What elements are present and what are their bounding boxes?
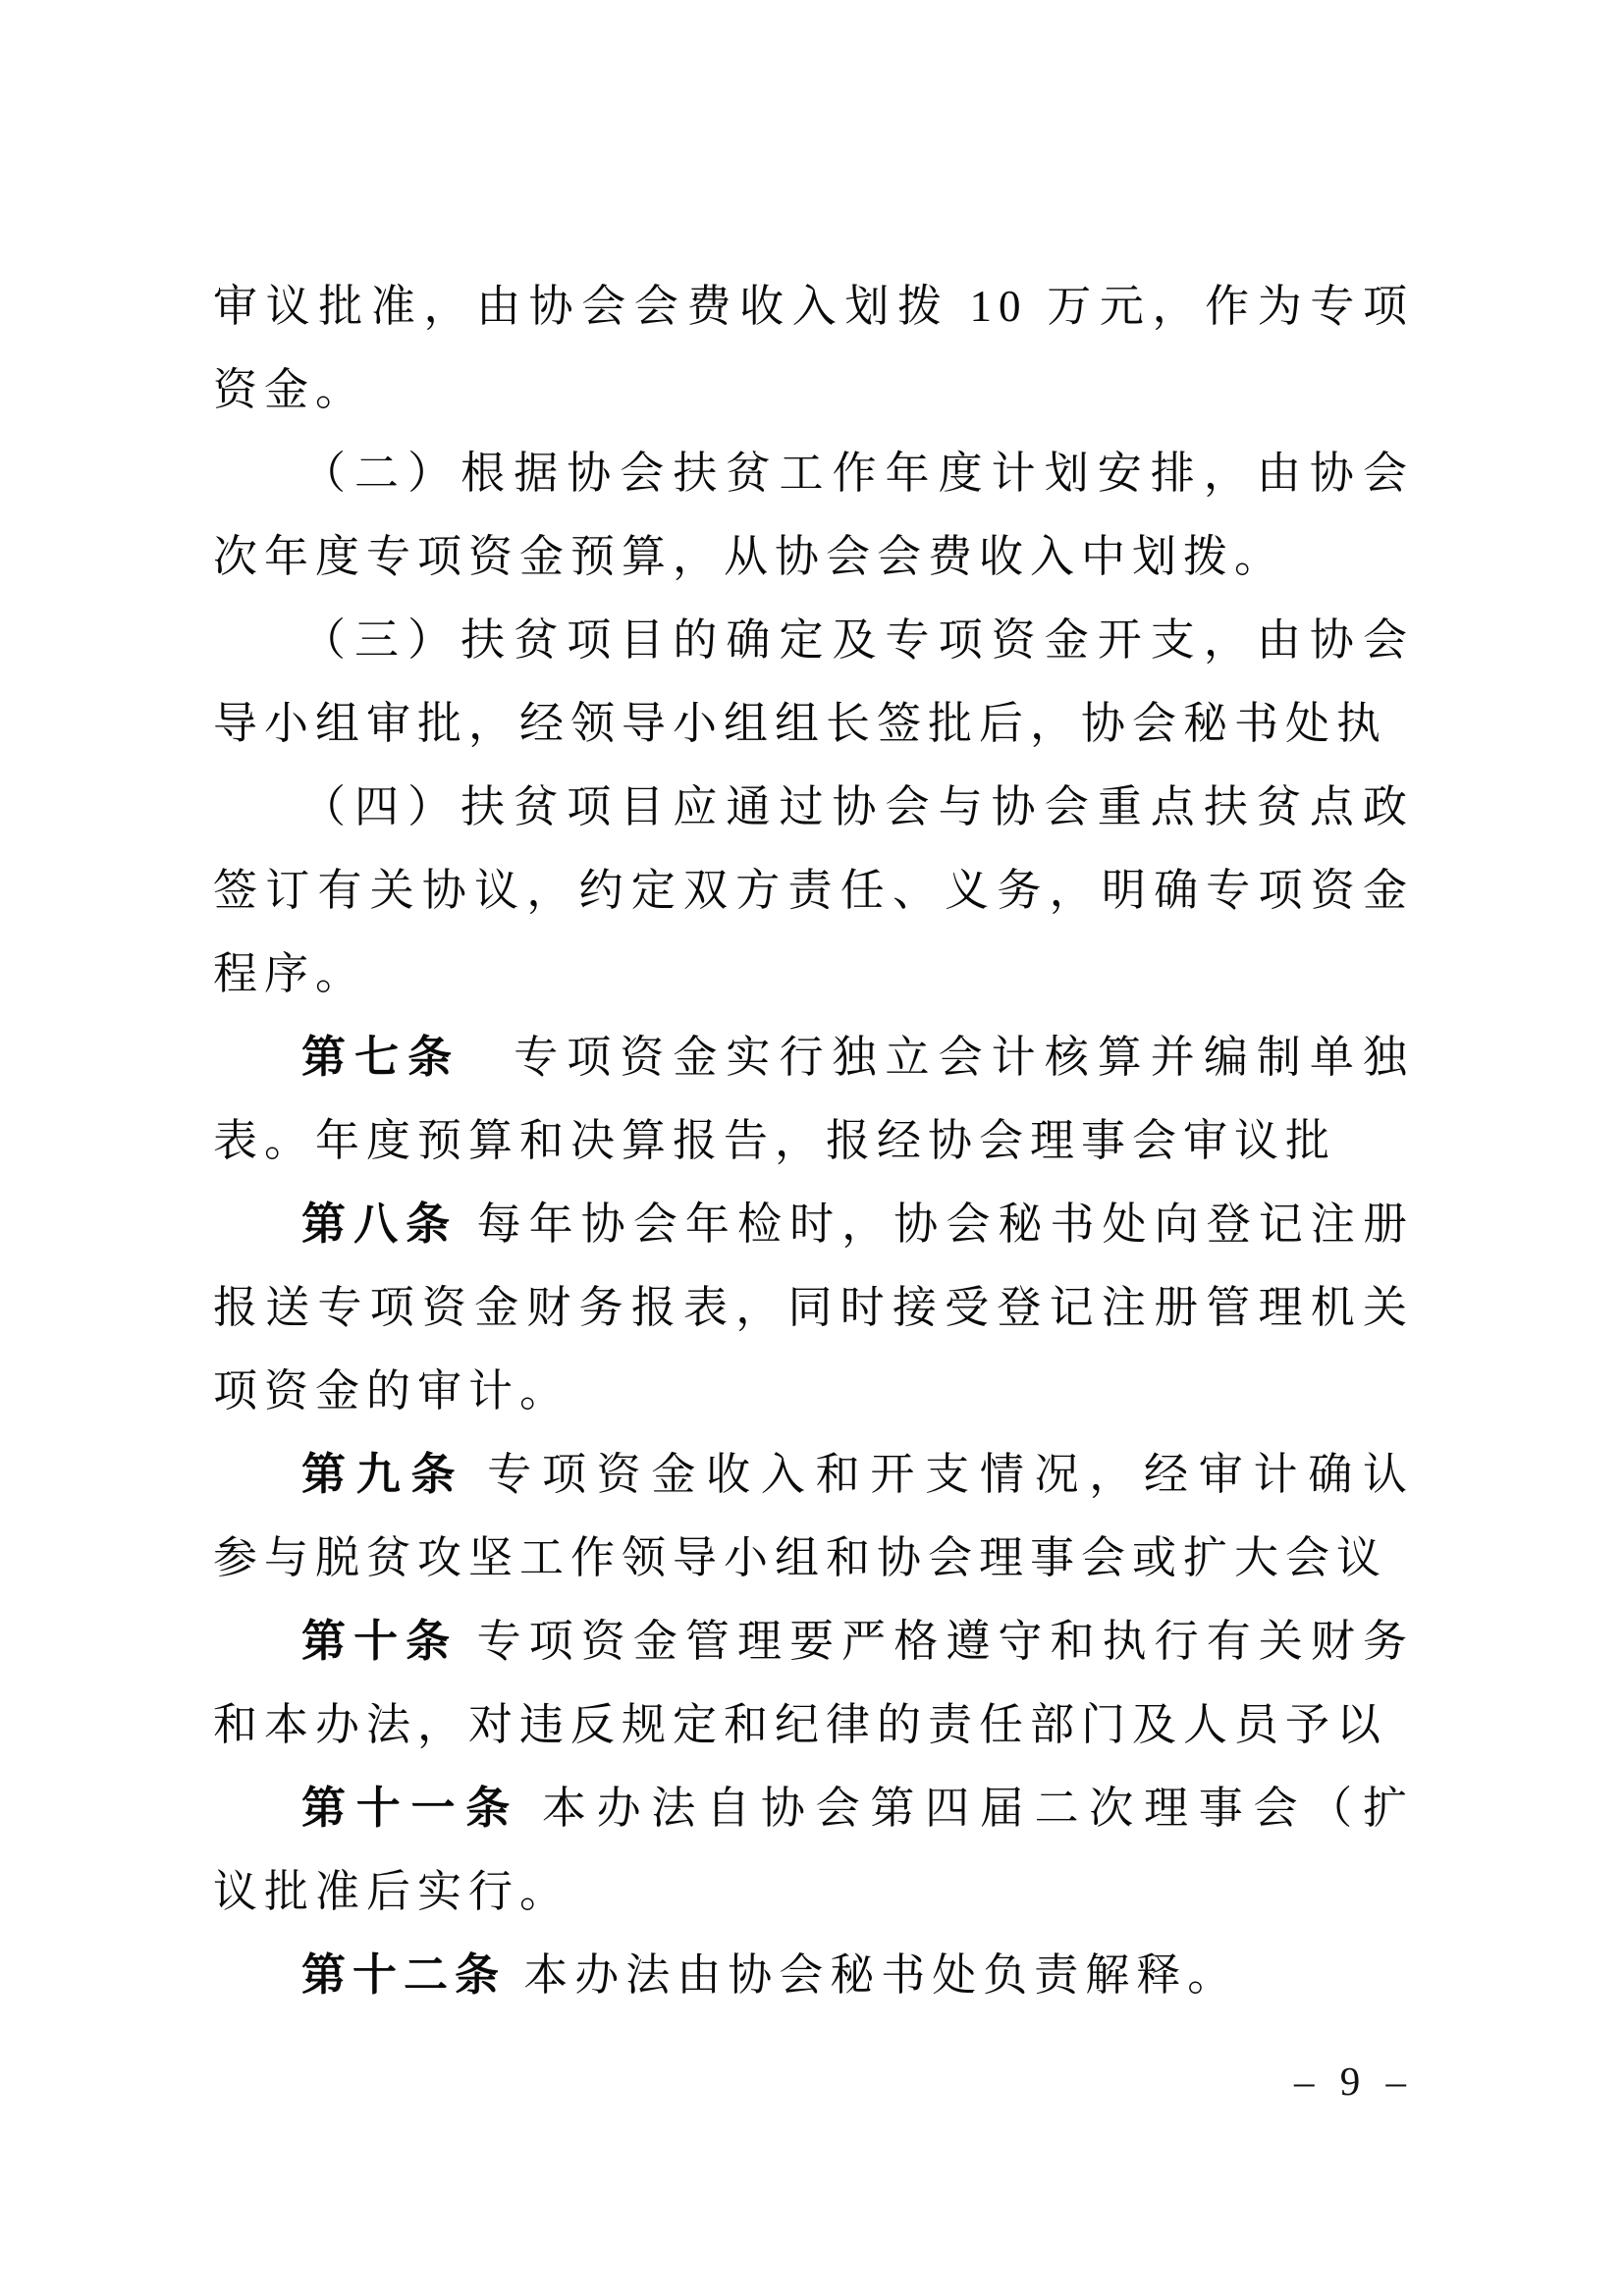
text-line: 第九条 专项资金收入和开支情况，经审计确认后，向协会: [213, 1433, 1414, 1517]
text-line: 审议批准，由协会会费收入划拨 10 万元，作为专项资金的启动: [213, 265, 1414, 348]
paragraph: （二）根据协会扶贫工作年度计划安排，由协会秘书处编制次年度专项资金预算，从协会会…: [213, 432, 1414, 599]
text-line: 导小组审批，经领导小组组长签批后，协会秘书处执行。: [213, 682, 1414, 766]
text-line: 和本办法，对违反规定和纪律的责任部门及人员予以严肃处理。: [213, 1683, 1414, 1767]
clause-number: 第十二条: [301, 1950, 506, 2000]
text-line: 资金。: [213, 348, 1414, 432]
paragraph: 第十一条 本办法自协会第四届二次理事会（扩大）会议审议批准后实行。: [213, 1767, 1414, 1934]
paragraph: 审议批准，由协会会费收入划拨 10 万元，作为专项资金的启动资金。: [213, 265, 1414, 432]
text-line: 参与脱贫攻坚工作领导小组和协会理事会或扩大会议报告。: [213, 1517, 1414, 1600]
clause-number: 第七条: [301, 1033, 460, 1082]
paragraph: 第八条 每年协会年检时，协会秘书处向登记注册管理机关报送专项资金财务报表，同时接…: [213, 1183, 1414, 1433]
text-line: 第七条 专项资金实行独立会计核算并编制单独的财务报: [213, 1016, 1414, 1099]
clause-number: 第十条: [301, 1617, 458, 1666]
document-body: 审议批准，由协会会费收入划拨 10 万元，作为专项资金的启动资金。（二）根据协会…: [213, 265, 1414, 2017]
text-line: 报送专项资金财务报表，同时接受登记注册管理机关组织的对专: [213, 1266, 1414, 1350]
text-line: 第十条 专项资金管理要严格遵守和执行有关财务管理制度: [213, 1600, 1414, 1683]
text-line: 第十二条 本办法由协会秘书处负责解释。: [213, 1934, 1414, 2017]
paragraph: 第十二条 本办法由协会秘书处负责解释。: [213, 1934, 1414, 2017]
text-line: 项资金的审计。: [213, 1350, 1414, 1433]
text-line: （三）扶贫项目的确定及专项资金开支，由协会扶贫工作领: [213, 599, 1414, 682]
clause-number: 第九条: [301, 1450, 465, 1499]
clause-number: 第十一条: [301, 1784, 520, 1833]
paragraph: 第十条 专项资金管理要严格遵守和执行有关财务管理制度和本办法，对违反规定和纪律的…: [213, 1600, 1414, 1767]
page-number: – 9 –: [1294, 2057, 1414, 2105]
text-line: 程序。: [213, 933, 1414, 1016]
text-line: （四）扶贫项目应通过协会与协会重点扶贫点政府主管部门: [213, 766, 1414, 849]
paragraph: （三）扶贫项目的确定及专项资金开支，由协会扶贫工作领导小组审批，经领导小组组长签…: [213, 599, 1414, 766]
text-line: 第十一条 本办法自协会第四届二次理事会（扩大）会议审: [213, 1767, 1414, 1850]
text-line: 表。年度预算和决算报告，报经协会理事会审议批准。: [213, 1099, 1414, 1183]
clause-number: 第八条: [301, 1200, 458, 1249]
document-page: 审议批准，由协会会费收入划拨 10 万元，作为专项资金的启动资金。（二）根据协会…: [0, 0, 1624, 2296]
paragraph: 第九条 专项资金收入和开支情况，经审计确认后，向协会参与脱贫攻坚工作领导小组和协…: [213, 1433, 1414, 1600]
text-line: 议批准后实行。: [213, 1850, 1414, 1934]
text-line: 次年度专项资金预算，从协会会费收入中划拨。: [213, 515, 1414, 599]
text-line: 第八条 每年协会年检时，协会秘书处向登记注册管理机关: [213, 1183, 1414, 1266]
text-line: 签订有关协议，约定双方责任、义务，明确专项资金支出数额和: [213, 849, 1414, 933]
paragraph: 第七条 专项资金实行独立会计核算并编制单独的财务报表。年度预算和决算报告，报经协…: [213, 1016, 1414, 1183]
paragraph: （四）扶贫项目应通过协会与协会重点扶贫点政府主管部门签订有关协议，约定双方责任、…: [213, 766, 1414, 1016]
text-line: （二）根据协会扶贫工作年度计划安排，由协会秘书处编制: [213, 432, 1414, 515]
